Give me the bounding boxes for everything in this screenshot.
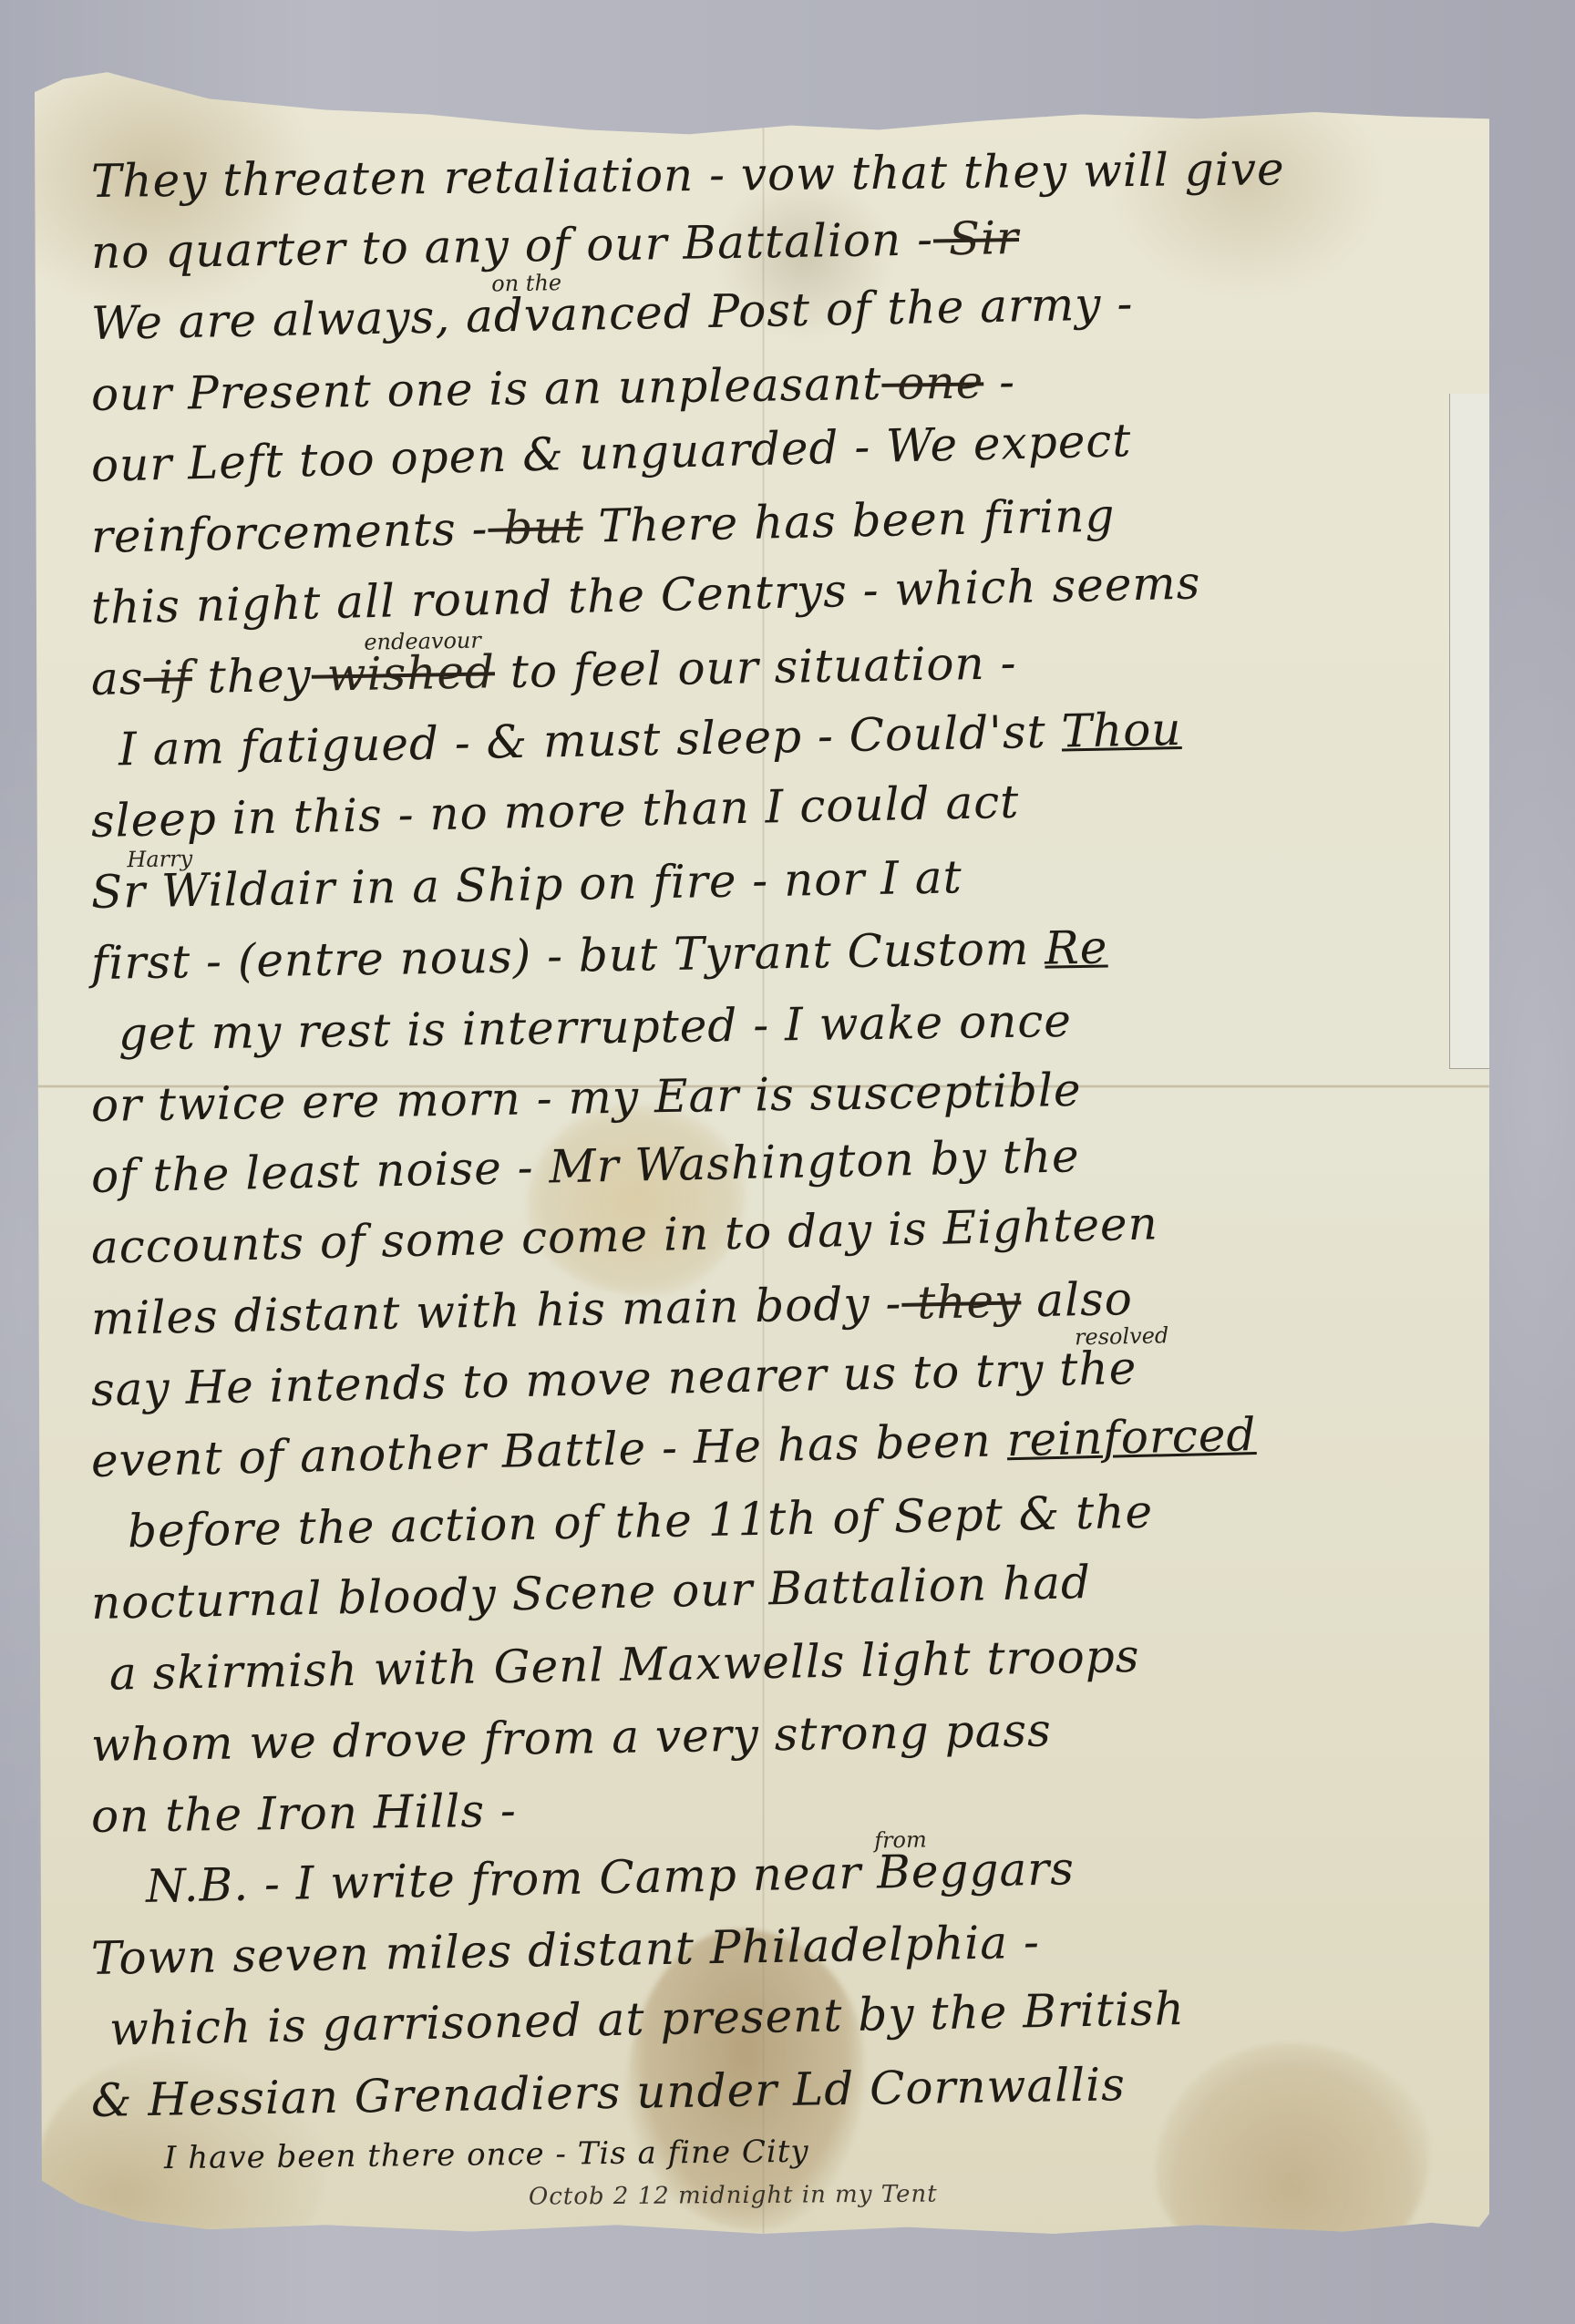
- line-text: Sr Wildair in a Ship on fire - nor I at: [90, 850, 962, 919]
- line-text-tail: also: [1021, 1272, 1134, 1327]
- underlined-word: reinforced: [1006, 1408, 1257, 1466]
- line-text: no quarter to any of our Battalion -: [91, 212, 934, 279]
- line-text: N.B. - I write from Camp near Beggars: [145, 1842, 1075, 1913]
- line-text: Town seven miles distant Philadelphia -: [90, 1916, 1040, 1985]
- line-text: I have been there once - Tis a fine City: [164, 2134, 809, 2176]
- interlinear-insertion: endeavour: [364, 630, 481, 653]
- line-text: reinforcements -: [90, 502, 489, 563]
- line-text-tail: There has been firing: [582, 488, 1116, 552]
- line-text-tail: -: [983, 355, 1016, 408]
- line-text: accounts of some come in to day is Eight…: [90, 1197, 1158, 1274]
- line-text: nocturnal bloody Scene our Battalion had: [90, 1556, 1091, 1630]
- line-text-tail: to feel our situation -: [494, 636, 1017, 698]
- line-text: which is garrisoned at present by the Br…: [108, 1982, 1185, 2056]
- line-text: sleep in this - no more than I could act: [90, 776, 1019, 848]
- paper-repair-strip: [1449, 394, 1489, 1069]
- line-text: whom we drove from a very strong pass: [91, 1703, 1053, 1772]
- handwritten-text: They threaten retaliation - vow that the…: [91, 146, 1440, 2218]
- line-text: on the Iron Hills -: [91, 1784, 518, 1843]
- line-text: this night all round the Centrys - which…: [90, 556, 1201, 634]
- line-text: Octob 2 12 midnight in my Tent: [529, 2181, 938, 2211]
- line-text: miles distant with his main body -: [90, 1277, 901, 1345]
- line-text: our Present one is an unpleasant: [91, 357, 882, 421]
- line-text: of the least noise - Mr Washington by th…: [90, 1129, 1080, 1203]
- interlinear-insertion: from: [874, 1828, 927, 1851]
- line-text: before the action of the 11th of Sept & …: [127, 1486, 1153, 1558]
- line-text: We are always, advanced Post of the army…: [90, 277, 1133, 350]
- line-text: I am fatigued - & must sleep - Could'st …: [118, 703, 1182, 776]
- struck-word: if: [143, 651, 192, 704]
- interlinear-insertion: Harry: [127, 848, 192, 870]
- line-text: first - (entre nous) - but Tyrant Custom…: [91, 920, 1108, 990]
- line-text-tail: they: [191, 649, 312, 704]
- underlined-word: Re: [1045, 920, 1108, 974]
- line-text: get my rest is interrupted - I wake once: [118, 994, 1073, 1061]
- struck-word: but: [488, 500, 583, 555]
- struck-word: Sir: [932, 211, 1019, 265]
- water-stain: [818, 2235, 1292, 2280]
- line-text: & Hessian Grenadiers under Ld Cornwallis: [91, 2058, 1127, 2127]
- line-text: as: [90, 652, 143, 705]
- interlinear-insertion: on the: [491, 272, 561, 294]
- struck-word: they: [901, 1274, 1022, 1330]
- line-text: or twice ere morn - my Ear is susceptibl…: [91, 1064, 1082, 1132]
- line-text: our Left too open & unguarded - We expec…: [90, 414, 1132, 492]
- interlinear-insertion: resolved: [1075, 1324, 1169, 1348]
- underlined-word: Thou: [1061, 703, 1182, 758]
- line-text: They threaten retaliation - vow that the…: [91, 142, 1285, 208]
- manuscript-page: They threaten retaliation - vow that the…: [35, 66, 1489, 2280]
- line-text: a skirmish with Genl Maxwells light troo…: [108, 1630, 1139, 1701]
- struck-word: one: [881, 355, 984, 410]
